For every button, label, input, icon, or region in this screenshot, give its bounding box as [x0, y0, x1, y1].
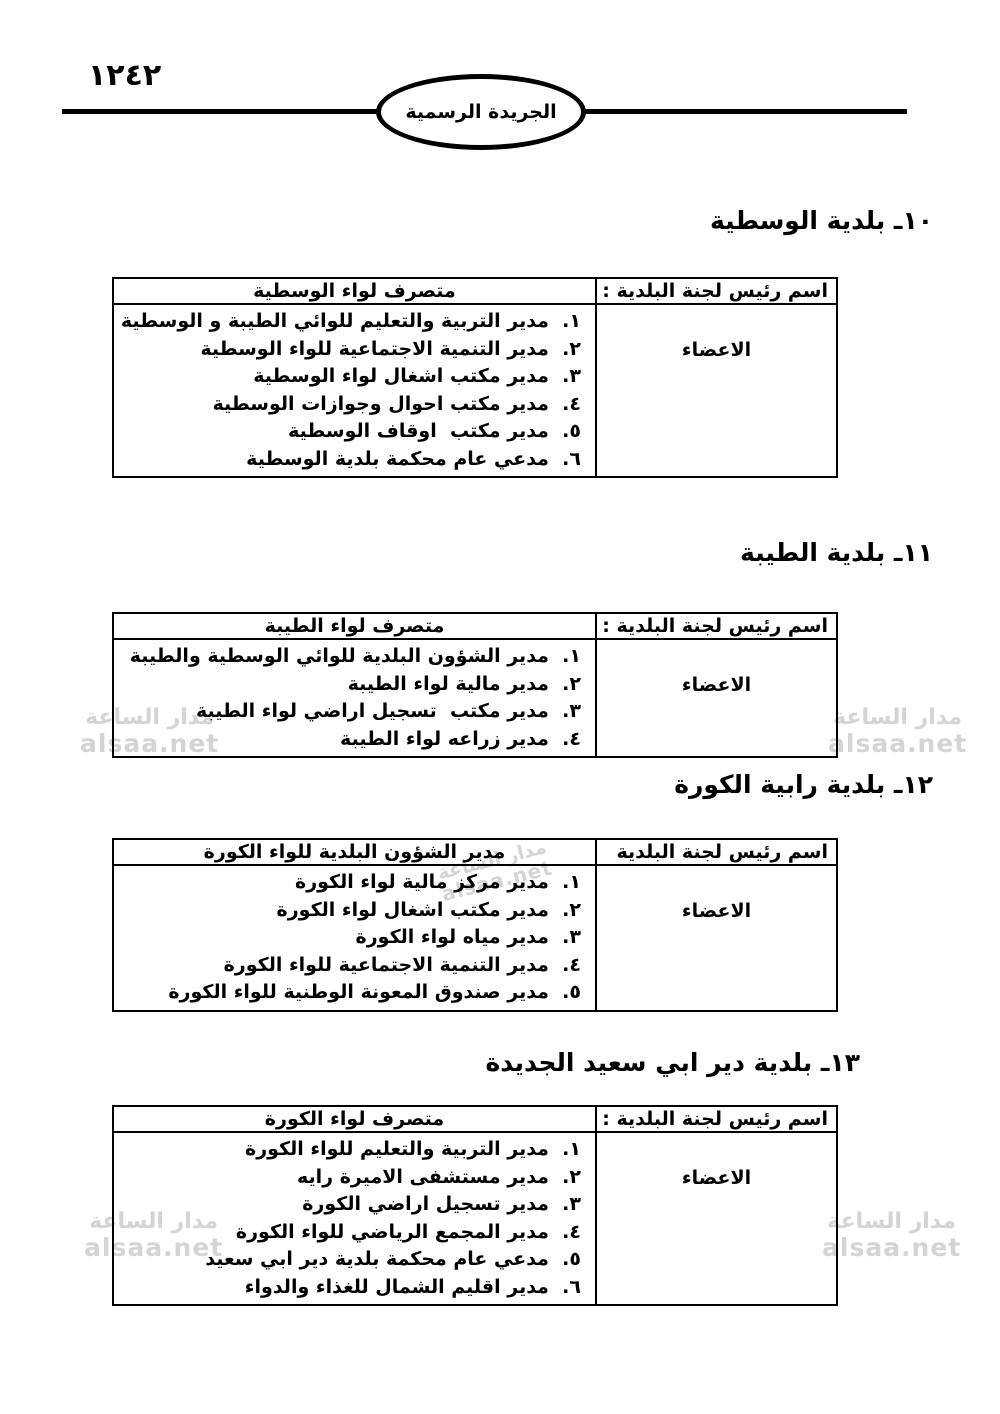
member-item: ٤. مدير مكتب احوال وجوازات الوسطية [118, 391, 581, 419]
member-item: ٣. مدير مياه لواء الكورة [118, 924, 581, 952]
watermark: مدار الساعة alsaa.net [828, 706, 967, 757]
chairman-label-cell: اسم رئيس لجنة البلدية : [596, 613, 837, 639]
members-label-cell: الاعضاء [596, 1132, 837, 1305]
chairman-label-cell: اسم رئيس لجنة البلدية [596, 839, 837, 865]
members-label-cell: الاعضاء [596, 865, 837, 1011]
table-rabiyat-al-koura-municipality: اسم رئيس لجنة البلدية مدير الشؤون البلدي… [112, 838, 838, 1012]
member-item: ٣. مدير تسجيل اراضي الكورة [118, 1191, 581, 1219]
table-wastiyya-municipality: اسم رئيس لجنة البلدية : متصرف لواء الوسط… [112, 277, 838, 478]
members-label-cell: الاعضاء [596, 304, 837, 477]
member-item: ١. مدير التربية والتعليم للواء الكورة [118, 1136, 581, 1164]
member-item: ٢. مدير مكتب اشغال لواء الكورة [118, 897, 581, 925]
member-item: ٦. مدير اقليم الشمال للغذاء والدواء [118, 1274, 581, 1302]
member-item: ٤. مدير التنمية الاجتماعية للواء الكورة [118, 952, 581, 980]
members-list-cell: ١. مدير التربية والتعليم للواء الكورة ٢.… [113, 1132, 596, 1305]
chairman-value-cell: متصرف لواء الطيبة [113, 613, 596, 639]
member-item: ٢. مدير التنمية الاجتماعية للواء الوسطية [118, 336, 581, 364]
watermark-site-text: alsaa.net [822, 1234, 961, 1261]
table-tayyiba-municipality: اسم رئيس لجنة البلدية : متصرف لواء الطيب… [112, 612, 838, 758]
chairman-label-cell: اسم رئيس لجنة البلدية : [596, 278, 837, 304]
watermark: مدار الساعة alsaa.net [822, 1210, 961, 1261]
member-item: ١. مدير الشؤون البلدية للوائي الوسطية وا… [118, 643, 581, 671]
member-item: ٦. مدعي عام محكمة بلدية الوسطية [118, 446, 581, 474]
section-title-11: ١١ـ بلدية الطيبة [740, 538, 933, 567]
table-deir-abi-said-municipality: اسم رئيس لجنة البلدية : متصرف لواء الكور… [112, 1105, 838, 1306]
gazette-title-oval: الجريدة الرسمية [376, 74, 586, 150]
watermark-arabic-text: مدار الساعة [828, 706, 967, 730]
gazette-page: ١٢٤٢ الجريدة الرسمية مدار الساعة alsaa.n… [0, 0, 1000, 1414]
watermark-site-text: alsaa.net [828, 730, 967, 757]
section-title-12: ١٢ـ بلدية رابية الكورة [674, 770, 933, 799]
member-item: ٣. مدير مكتب تسجيل اراضي لواء الطيبة [118, 698, 581, 726]
members-list-cell: ١. مدير مركز مالية لواء الكورة ٢. مدير م… [113, 865, 596, 1011]
chairman-label-cell: اسم رئيس لجنة البلدية : [596, 1106, 837, 1132]
chairman-value-cell: مدير الشؤون البلدية للواء الكورة [113, 839, 596, 865]
page-number: ١٢٤٢ [88, 58, 161, 93]
member-item: ٤. مدير المجمع الرياضي للواء الكورة [118, 1219, 581, 1247]
gazette-name: الجريدة الرسمية [405, 101, 556, 123]
members-list-cell: ١. مدير الشؤون البلدية للوائي الوسطية وا… [113, 639, 596, 757]
section-title-13: ١٣ـ بلدية دير ابي سعيد الجديدة [485, 1048, 860, 1077]
member-item: ٥. مدير مكتب اوقاف الوسطية [118, 418, 581, 446]
member-item: ٥. مدعي عام محكمة بلدية دير ابي سعيد [118, 1246, 581, 1274]
watermark-arabic-text: مدار الساعة [822, 1210, 961, 1234]
member-item: ٢. مدير مستشفى الاميرة رايه [118, 1164, 581, 1192]
member-item: ٥. مدير صندوق المعونة الوطنية للواء الكو… [118, 979, 581, 1007]
members-label-cell: الاعضاء [596, 639, 837, 757]
member-item: ٣. مدير مكتب اشغال لواء الوسطية [118, 363, 581, 391]
member-item: ١. مدير مركز مالية لواء الكورة [118, 869, 581, 897]
chairman-value-cell: متصرف لواء الوسطية [113, 278, 596, 304]
section-title-10: ١٠ـ بلدية الوسطية [710, 206, 933, 235]
members-list-cell: ١. مدير التربية والتعليم للوائي الطيبة و… [113, 304, 596, 477]
member-item: ١. مدير التربية والتعليم للوائي الطيبة و… [118, 308, 581, 336]
chairman-value-cell: متصرف لواء الكورة [113, 1106, 596, 1132]
member-item: ٢. مدير مالية لواء الطيبة [118, 671, 581, 699]
member-item: ٤. مدير زراعه لواء الطيبة [118, 726, 581, 754]
